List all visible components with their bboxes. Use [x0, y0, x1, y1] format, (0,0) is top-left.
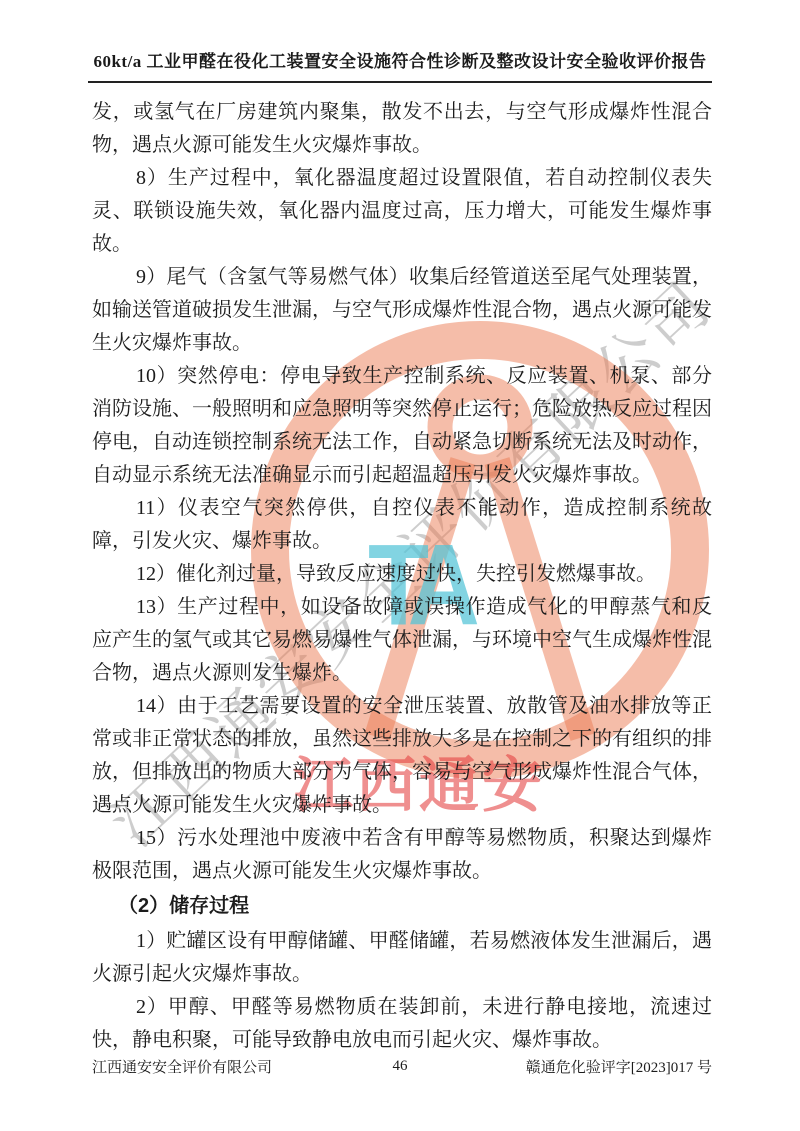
document-page: 江西通安安全评价有限公司 TA 江西通安 60kt/a 工业甲醛在役化工装置安全… [0, 0, 800, 1131]
section-heading-storage-process: （2）储存过程 [92, 890, 712, 923]
document-body: 发，或氢气在厂房建筑内聚集，散发不出去，与空气形成爆炸性混合物，遇点火源可能发生… [92, 96, 712, 1057]
body-paragraph: 8）生产过程中，氧化器温度超过设置限值，若自动控制仪表失灵、联锁设施失效，氧化器… [92, 162, 712, 261]
page-footer: 江西通安安全评价有限公司 46 赣通危化验评字[2023]017 号 [0, 1052, 800, 1082]
header-rule [88, 81, 712, 83]
body-paragraph: 14）由于工艺需要设置的安全泄压装置、放散管及油水排放等正常或非正常状态的排放，… [92, 690, 712, 822]
body-paragraph: 11）仪表空气突然停供，自控仪表不能动作，造成控制系统故障，引发火灾、爆炸事故。 [92, 492, 712, 558]
body-paragraph: 10）突然停电：停电导致生产控制系统、反应装置、机泵、部分消防设施、一般照明和应… [92, 360, 712, 492]
footer-doc-number: 赣通危化验评字[2023]017 号 [526, 1056, 712, 1077]
body-paragraph: 13）生产过程中，如设备故障或误操作造成气化的甲醇蒸气和反应产生的氢气或其它易燃… [92, 591, 712, 690]
body-paragraph: 15）污水处理池中废液中若含有甲醇等易燃物质，积聚达到爆炸极限范围，遇点火源可能… [92, 822, 712, 888]
report-title: 60kt/a 工业甲醛在役化工装置安全设施符合性诊断及整改设计安全验收评价报告 [88, 48, 712, 75]
page-header: 60kt/a 工业甲醛在役化工装置安全设施符合性诊断及整改设计安全验收评价报告 [88, 48, 712, 91]
body-paragraph: 9）尾气（含氢气等易燃气体）收集后经管道送至尾气处理装置，如输送管道破损发生泄漏… [92, 261, 712, 360]
body-paragraph: 发，或氢气在厂房建筑内聚集，散发不出去，与空气形成爆炸性混合物，遇点火源可能发生… [92, 96, 712, 162]
body-paragraph: 2）甲醇、甲醛等易燃物质在装卸前，未进行静电接地，流速过快，静电积聚，可能导致静… [92, 991, 712, 1057]
body-paragraph: 1）贮罐区设有甲醇储罐、甲醛储罐，若易燃液体发生泄漏后，遇火源引起火灾爆炸事故。 [92, 925, 712, 991]
body-paragraph: 12）催化剂过量，导致反应速度过快，失控引发燃爆事故。 [92, 558, 712, 591]
